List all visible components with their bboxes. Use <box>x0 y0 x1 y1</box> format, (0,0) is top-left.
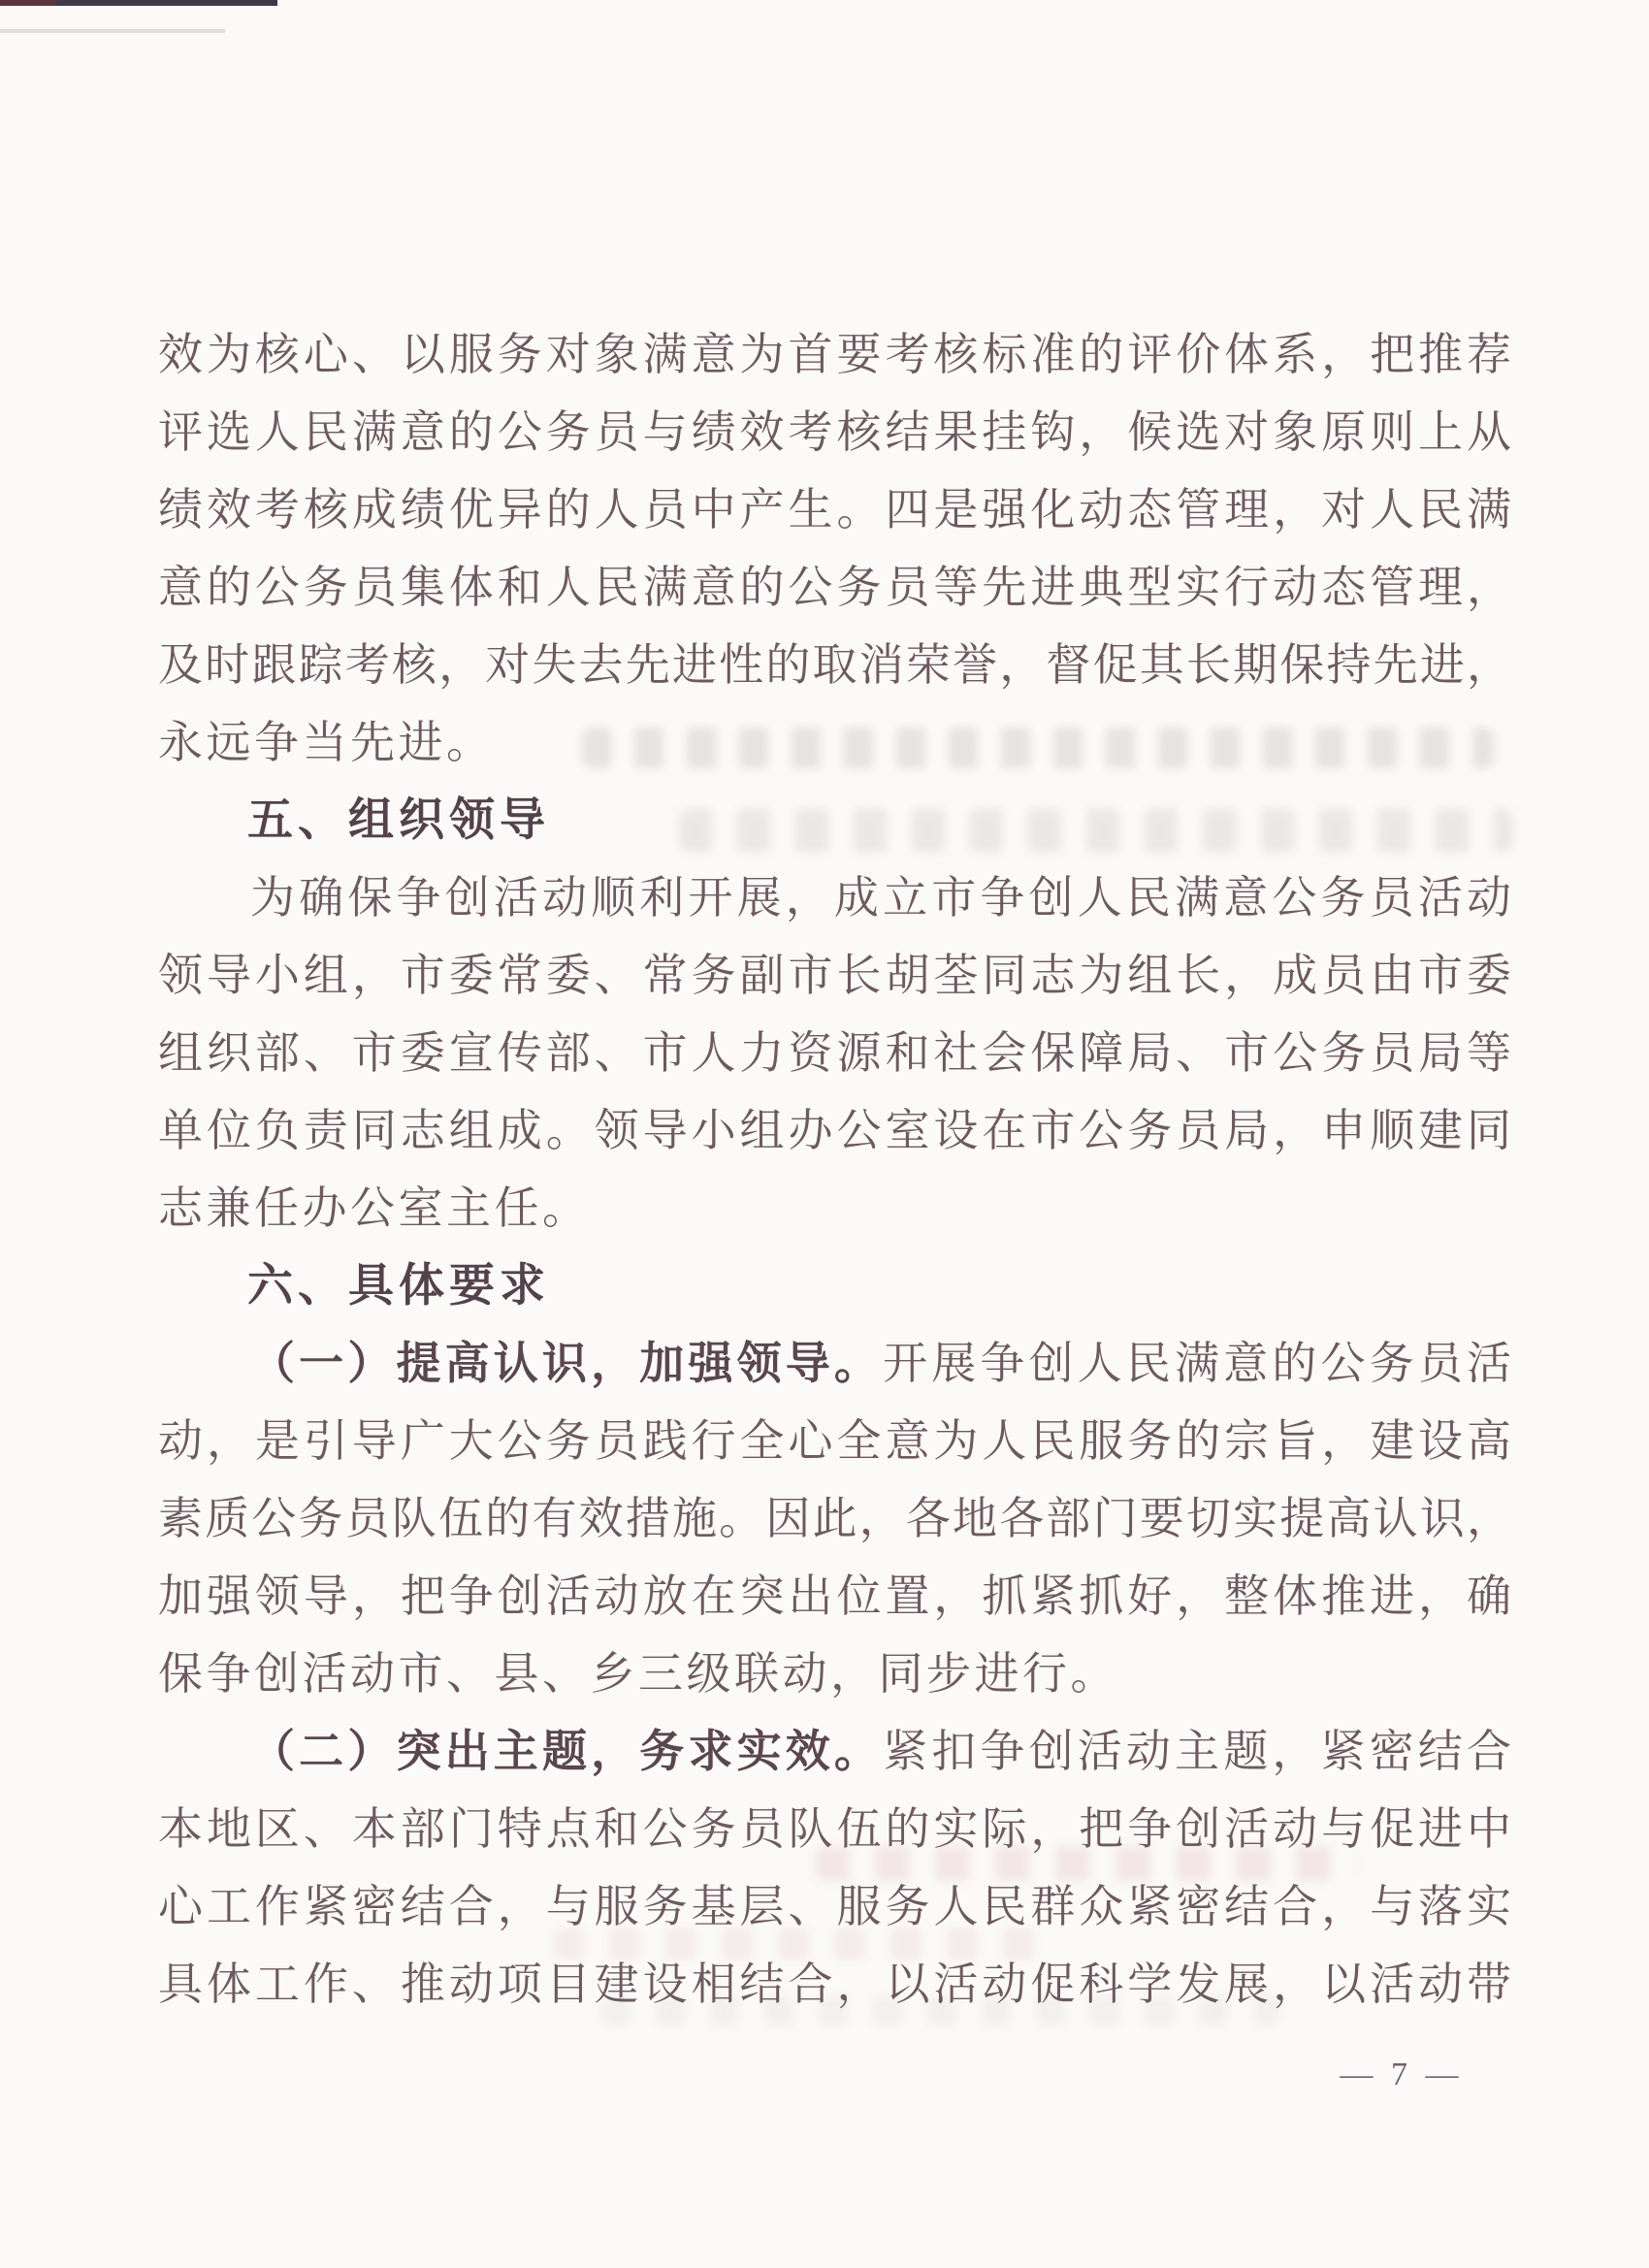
text-line: 意的公务员集体和人民满意的公务员等先进典型实行动态管理， <box>158 549 1511 627</box>
scan-edge-artifact <box>0 0 277 6</box>
section-heading-organization-leadership: 五、组织领导 <box>158 782 1511 859</box>
text-line: 为确保争创活动顺利开展，成立市争创人民满意公务员活动 <box>158 859 1511 937</box>
scan-edge-artifact-faint <box>0 29 225 33</box>
text-line: 加强领导，把争创活动放在突出位置，抓紧抓好，整体推进，确 <box>158 1558 1511 1636</box>
text-line: 组织部、市委宣传部、市人力资源和社会保障局、市公务员局等 <box>158 1015 1511 1092</box>
text-line: 志兼任办公室主任。 <box>158 1170 1511 1247</box>
text-line: （二）突出主题，务求实效。紧扣争创活动主题，紧密结合 <box>158 1713 1511 1791</box>
text-line: 素质公务员队伍的有效措施。因此，各地各部门要切实提高认识， <box>158 1480 1511 1558</box>
text-line: 评选人民满意的公务员与绩效考核结果挂钩，候选对象原则上从 <box>158 394 1511 471</box>
document-body: 效为核心、以服务对象满意为首要考核标准的评价体系，把推荐 评选人民满意的公务员与… <box>158 316 1511 2024</box>
text-line: 永远争当先进。 <box>158 704 1511 782</box>
text-line: 领导小组，市委常委、常务副市长胡荃同志为组长，成员由市委 <box>158 937 1511 1015</box>
text-line: 具体工作、推动项目建设相结合，以活动促科学发展，以活动带 <box>158 1946 1511 2024</box>
section-heading-specific-requirements: 六、具体要求 <box>158 1247 1511 1325</box>
text-run: 紧扣争创活动主题，紧密结合 <box>883 1727 1511 1776</box>
subsection-lead-2: （二）突出主题，务求实效。 <box>250 1727 883 1776</box>
text-line: 绩效考核成绩优异的人员中产生。四是强化动态管理，对人民满 <box>158 471 1511 549</box>
text-line: 动，是引导广大公务员践行全心全意为人民服务的宗旨，建设高 <box>158 1403 1511 1480</box>
text-line: 心工作紧密结合，与服务基层、服务人民群众紧密结合，与落实 <box>158 1868 1511 1946</box>
text-line: 单位负责同志组成。领导小组办公室设在市公务员局，申顺建同 <box>158 1092 1511 1170</box>
document-page: 效为核心、以服务对象满意为首要考核标准的评价体系，把推荐 评选人民满意的公务员与… <box>0 0 1649 2268</box>
text-line: 保争创活动市、县、乡三级联动，同步进行。 <box>158 1636 1511 1713</box>
text-line: （一）提高认识，加强领导。开展争创人民满意的公务员活 <box>158 1325 1511 1403</box>
text-line: 本地区、本部门特点和公务员队伍的实际，把争创活动与促进中 <box>158 1791 1511 1868</box>
text-run: 开展争创人民满意的公务员活 <box>883 1339 1511 1388</box>
text-line: 及时跟踪考核，对失去先进性的取消荣誉，督促其长期保持先进， <box>158 627 1511 704</box>
subsection-lead-1: （一）提高认识，加强领导。 <box>250 1339 883 1388</box>
text-line: 效为核心、以服务对象满意为首要考核标准的评价体系，把推荐 <box>158 316 1511 394</box>
page-number: — 7 — <box>1319 2053 1484 2097</box>
